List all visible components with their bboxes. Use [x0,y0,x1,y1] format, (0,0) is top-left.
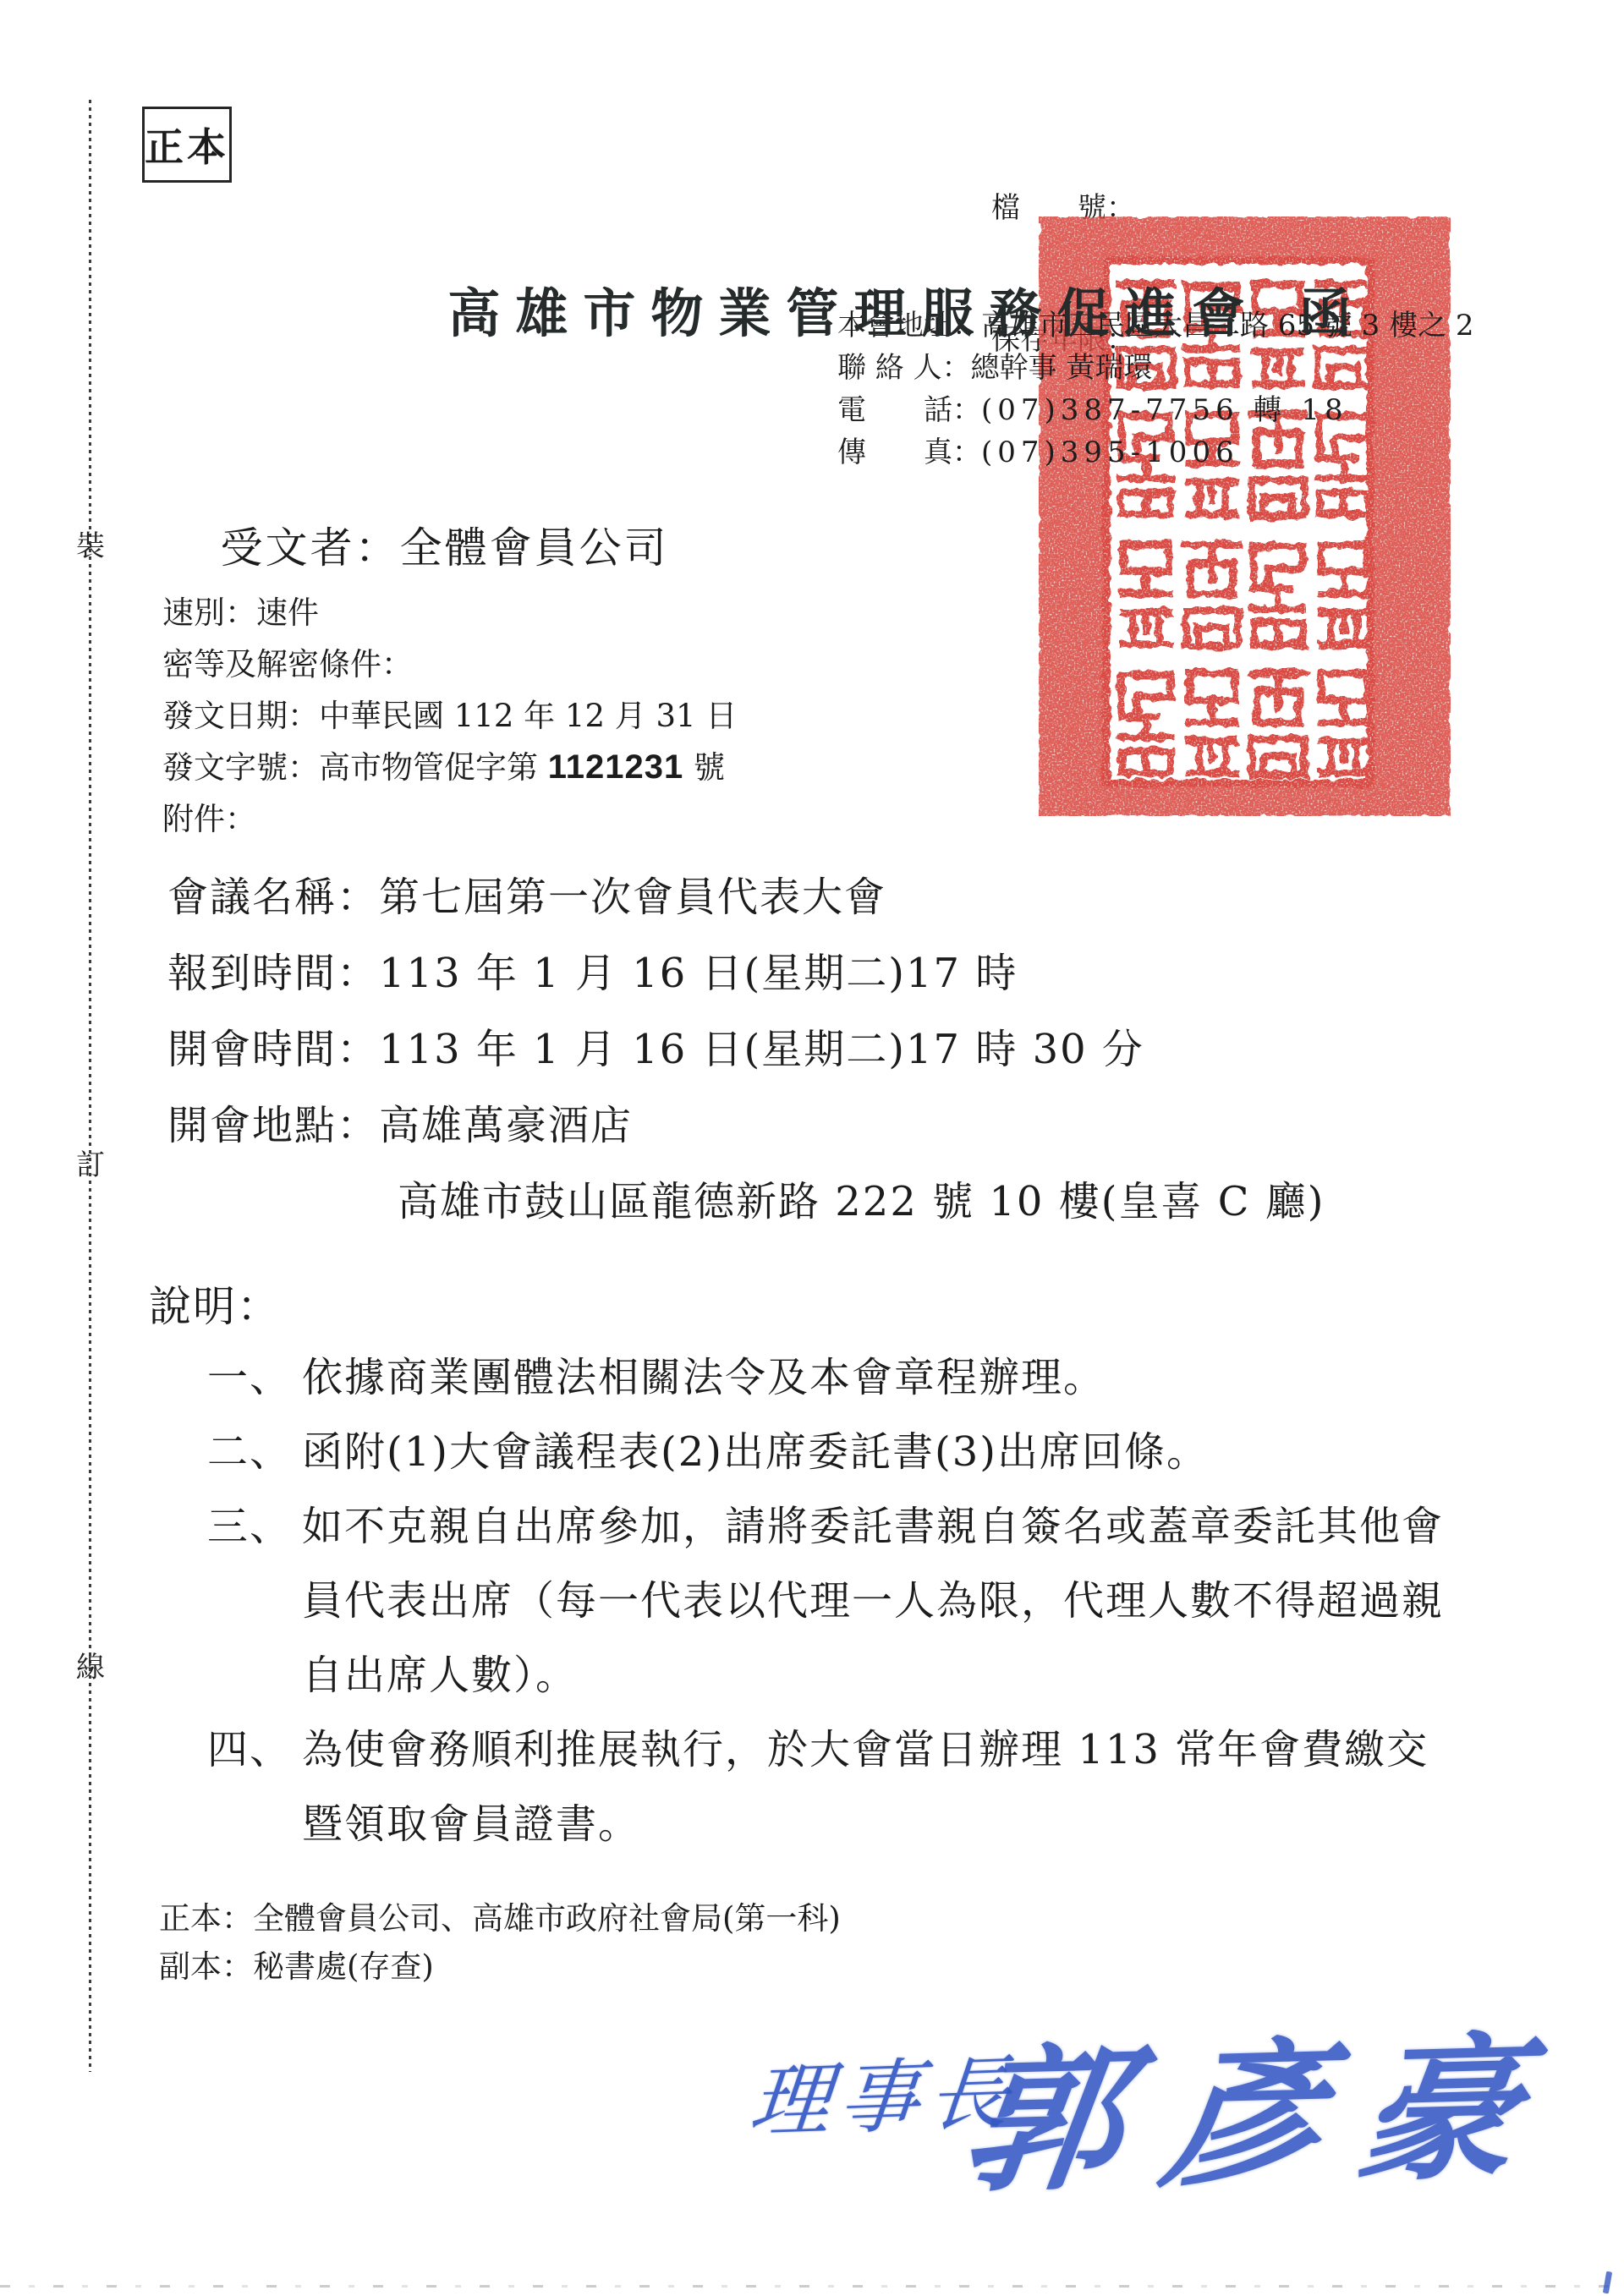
explanation-item-3: 三、如不克親自出席參加，請將委託書親自簽名或蓋章委託其他會員代表出席（每一代表以… [207,1489,1459,1712]
explanation-heading: 說明： [149,1273,281,1334]
priority-row: 速別：速件 [162,587,737,638]
scan-artifact-blue-tick [1603,2271,1612,2294]
distribution-block: 正本：全體會員公司、高雄市政府社會局(第一科) 副本：秘書處(存查) [159,1894,841,1991]
contact-fax-label: 傳 真： [837,436,981,469]
distribution-original-label: 正本： [159,1900,253,1937]
explanation-item-1-text: 依據商業團體法相關法令及本會章程辦理。 [302,1340,1452,1415]
doc-number-prefix: 高市物管促字第 [319,749,548,786]
issue-date-row: 發文日期：中華民國 112 年 12 月 31 日 [162,690,737,742]
explanation-list: 一、依據商業團體法相關法令及本會章程辦理。 二、函附(1)大會議程表(2)出席委… [207,1340,1459,1861]
distribution-copy-label: 副本： [159,1948,253,1985]
official-letter-page: 裝 訂 線 正本 檔 號： 保存年限： 高雄市物業管理服務促進會函 本會地址：高… [0,0,1624,2296]
meeting-venue-value: 高雄萬豪酒店 [379,1102,633,1149]
explanation-item-4: 四、為使會務順利推展執行，於大會當日辦理 113 常年會費繳交暨領取會員證書。 [207,1712,1459,1861]
explanation-item-2-text: 函附(1)大會議程表(2)出席委託書(3)出席回條。 [302,1415,1452,1489]
recipient-label: 受文者： [221,523,400,573]
meeting-name-label: 會議名稱： [167,874,379,921]
explanation-item-2: 二、函附(1)大會議程表(2)出席委託書(3)出席回條。 [207,1415,1459,1489]
explanation-item-2-number: 二、 [207,1415,302,1489]
priority-value: 速件 [256,595,319,631]
doc-number-suffix: 號 [683,749,725,786]
explanation-item-1-number: 一、 [207,1340,302,1415]
document-title: 高雄市物業管理服務促進會函 [375,210,1351,408]
document-type-label: 函 [1298,282,1351,344]
distribution-original-value: 全體會員公司、高雄市政府社會局(第一科) [253,1900,841,1937]
copy-type-label: 正本 [145,117,229,173]
issue-date-label: 發文日期： [162,698,319,734]
binding-dotted-line [89,100,91,2072]
doc-number-row: 發文字號：高市物管促字第 1121231 號 [162,742,737,793]
attachment-label: 附件： [162,801,256,837]
distribution-copy-value: 秘書處(存查) [253,1948,434,1985]
distribution-copy-row: 副本：秘書處(存查) [159,1943,841,1991]
checkin-time-value: 113 年 1 月 16 日(星期二)17 時 [379,950,1018,997]
meeting-time-label: 開會時間： [167,1026,379,1073]
meeting-name-value: 第七屆第一次會員代表大會 [379,874,886,921]
classification-label: 密等及解密條件： [162,646,413,682]
checkin-time-label: 報到時間： [167,950,379,997]
explanation-item-4-text: 為使會務順利推展執行，於大會當日辦理 113 常年會費繳交暨領取會員證書。 [302,1712,1452,1861]
chairman-name-signature: 郭彥豪 [952,1981,1576,2222]
contact-fax-row: 傳 真：(07)395-1006 [837,431,1474,474]
explanation-item-3-text: 如不克親自出席參加，請將委託書親自簽名或蓋章委託其他會員代表出席（每一代表以代理… [302,1489,1452,1712]
copy-type-box: 正本 [142,107,232,183]
explanation-item-3-number: 三、 [207,1489,302,1564]
classification-row: 密等及解密條件： [162,638,737,690]
issue-date-value: 中華民國 112 年 12 月 31 日 [319,698,737,734]
distribution-original-row: 正本：全體會員公司、高雄市政府社會局(第一科) [159,1894,841,1943]
explanation-item-4-number: 四、 [207,1712,302,1787]
binding-mark-zhuang: 裝 [65,523,116,564]
contact-fax-value: (07)395-1006 [981,436,1239,469]
organization-name: 高雄市物業管理服務促進會 [447,282,1259,344]
binding-mark-ding: 訂 [65,1142,116,1183]
document-meta-block: 速別：速件 密等及解密條件： 發文日期：中華民國 112 年 12 月 31 日… [162,587,737,845]
checkin-time-row: 報到時間：113 年 1 月 16 日(星期二)17 時 [167,935,1325,1011]
meeting-time-value: 113 年 1 月 16 日(星期二)17 時 30 分 [379,1026,1144,1073]
priority-label: 速別： [162,595,256,631]
meeting-venue-address-row: 高雄市鼓山區龍德新路 222 號 10 樓(皇喜 C 廳) [167,1164,1325,1240]
explanation-item-1: 一、依據商業團體法相關法令及本會章程辦理。 [207,1340,1459,1415]
meeting-time-row: 開會時間：113 年 1 月 16 日(星期二)17 時 30 分 [167,1011,1325,1088]
meeting-venue-address: 高雄市鼓山區龍德新路 222 號 10 樓(皇喜 C 廳) [398,1178,1325,1225]
recipient-value: 全體會員公司 [400,523,669,573]
binding-mark-xian: 線 [65,1644,116,1685]
meeting-info-block: 會議名稱：第七屆第一次會員代表大會 報到時間：113 年 1 月 16 日(星期… [167,859,1325,1240]
meeting-name-row: 會議名稱：第七屆第一次會員代表大會 [167,859,1325,935]
doc-number-label: 發文字號： [162,749,319,786]
meeting-venue-label: 開會地點： [167,1102,379,1149]
scan-artifact-line [0,2285,1624,2288]
attachment-row: 附件： [162,793,737,845]
meeting-venue-row: 開會地點：高雄萬豪酒店 [167,1088,1325,1164]
doc-number-value: 1121231 [548,748,684,786]
